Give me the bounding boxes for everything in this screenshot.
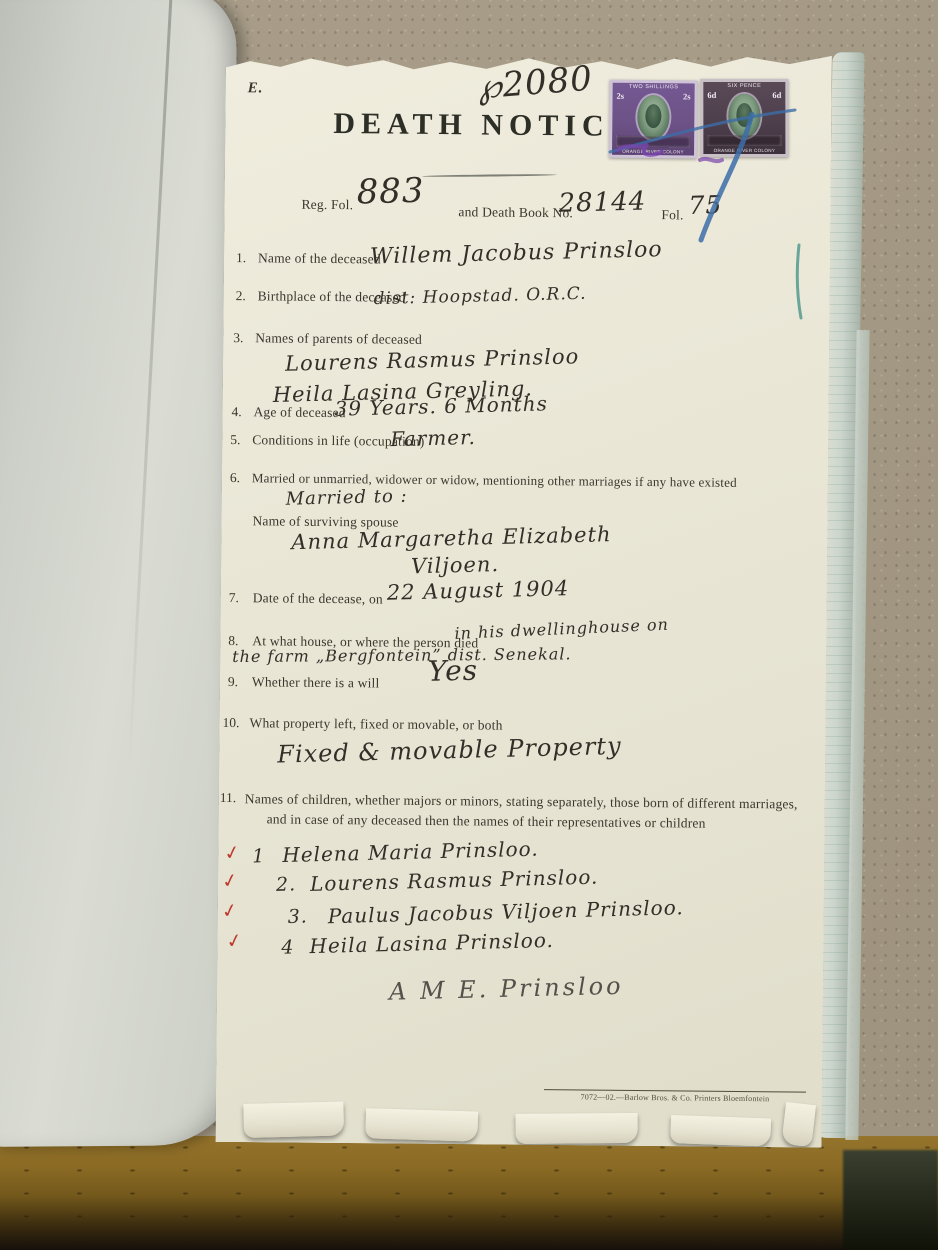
file-number-flourish: ℘ bbox=[476, 66, 504, 108]
fol-label: Fol. bbox=[661, 207, 683, 223]
margin-check-icon: ✓ bbox=[224, 929, 244, 954]
page-curl bbox=[365, 1108, 478, 1141]
informant-signature: A M E. Prinsloo bbox=[389, 972, 624, 1006]
item-7-label: Date of the decease, on bbox=[253, 590, 383, 607]
revenue-stamp-six-pence: SIX PENCE 6d 6d ORANGE RIVER COLONY bbox=[700, 79, 788, 157]
reg-fol-label: Reg. Fol. bbox=[301, 197, 353, 213]
stamp-frame: TWO SHILLINGS 2s 2s ORANGE RIVER COLONY bbox=[612, 83, 695, 156]
child-3-number: 3. bbox=[287, 905, 308, 928]
child-2-name: Lourens Rasmus Prinsloo. bbox=[310, 865, 599, 896]
stamp-animal-vignette bbox=[707, 135, 781, 146]
file-number-digits: 2080 bbox=[501, 59, 594, 106]
reg-fol-value: 883 bbox=[356, 171, 425, 213]
item-9-answer: Yes bbox=[428, 654, 479, 688]
item-3-label: Names of parents of deceased bbox=[255, 330, 422, 348]
item-2-answer: dist: Hoopstad. O.R.C. bbox=[373, 284, 586, 309]
item-2-number: 2. bbox=[236, 288, 246, 304]
spouse-name-line-2: Viljoen. bbox=[411, 552, 500, 578]
item-7-number: 7. bbox=[229, 590, 239, 606]
item-1-label: Name of the deceased bbox=[258, 250, 381, 267]
margin-check-icon: ✓ bbox=[222, 841, 242, 866]
page-curl bbox=[243, 1101, 344, 1138]
form-series-letter: E. bbox=[248, 80, 264, 97]
stamp-value: 2s bbox=[683, 91, 691, 101]
wooden-table bbox=[0, 1136, 938, 1250]
king-portrait-oval bbox=[728, 94, 760, 138]
page-curl bbox=[516, 1113, 638, 1144]
stamp-value: 6d bbox=[772, 90, 781, 100]
item-5-answer: Farmer. bbox=[390, 425, 476, 451]
item-3-answer-line-1: Lourens Rasmus Prinsloo bbox=[285, 344, 580, 375]
stamp-frame: SIX PENCE 6d 6d ORANGE RIVER COLONY bbox=[703, 82, 785, 154]
child-2-number: 2. bbox=[276, 873, 297, 896]
item-4-number: 4. bbox=[231, 404, 241, 420]
item-11-number: 11. bbox=[220, 790, 237, 806]
item-6-answer: Married to : bbox=[285, 486, 407, 510]
revenue-stamp-two-shillings: TWO SHILLINGS 2s 2s ORANGE RIVER COLONY bbox=[609, 80, 698, 159]
child-3-name: Paulus Jacobus Viljoen Prinsloo. bbox=[327, 895, 683, 928]
item-4-answer: 39 Years. 6 Months bbox=[334, 391, 548, 420]
death-book-value: 28144 bbox=[558, 187, 646, 219]
title-rule bbox=[422, 174, 557, 178]
stamp-denomination-text: TWO SHILLINGS bbox=[613, 84, 695, 91]
page-curl bbox=[781, 1102, 816, 1147]
item-9-label: Whether there is a will bbox=[252, 674, 380, 691]
item-3-number: 3. bbox=[233, 330, 243, 346]
item-10-label: What property left, fixed or movable, or… bbox=[249, 715, 502, 733]
death-book-label: and Death Book No. bbox=[458, 204, 573, 221]
child-1-name: Helena Maria Prinsloo. bbox=[282, 837, 539, 867]
item-8-answer-line-1: in his dwellinghouse on bbox=[454, 615, 669, 643]
death-notice-document: E. ℘2080 DEATH NOTICE. TWO SHILLINGS 2s … bbox=[216, 50, 832, 1148]
handwritten-file-number: ℘2080 bbox=[476, 59, 594, 108]
item-9-number: 9. bbox=[228, 674, 238, 690]
page-curl bbox=[670, 1115, 771, 1147]
child-4-name: Heila Lasina Prinsloo. bbox=[309, 928, 554, 958]
margin-check-icon: ✓ bbox=[220, 869, 240, 894]
stamp-denomination-text: SIX PENCE bbox=[703, 83, 785, 89]
stamp-colony-text: ORANGE RIVER COLONY bbox=[703, 148, 785, 153]
item-7-answer: 22 August 1904 bbox=[387, 576, 570, 605]
item-8-answer-line-2: the farm „Bergfontein” dist. Senekal. bbox=[232, 644, 571, 666]
page-crease bbox=[128, 0, 173, 766]
margin-check-icon: ✓ bbox=[220, 899, 240, 924]
item-4-label: Age of deceased bbox=[253, 404, 345, 421]
item-6-number: 6. bbox=[230, 470, 240, 486]
stamp-value: 6d bbox=[707, 90, 716, 100]
child-1-number: 1 bbox=[252, 845, 266, 867]
archive-photo: E. ℘2080 DEATH NOTICE. TWO SHILLINGS 2s … bbox=[0, 0, 938, 1250]
item-10-answer: Fixed & movable Property bbox=[277, 732, 622, 769]
table-shadow-corner bbox=[843, 1150, 938, 1250]
left-facing-page bbox=[0, 0, 244, 1147]
item-11-label: Names of children, whether majors or min… bbox=[245, 789, 819, 835]
item-1-number: 1. bbox=[236, 250, 246, 266]
fol-value: 75 bbox=[688, 190, 723, 220]
item-5-number: 5. bbox=[230, 432, 240, 448]
stamp-colony-text: ORANGE RIVER COLONY bbox=[612, 149, 694, 155]
printer-imprint: 7072—02.—Barlow Bros. & Co. Printers Blo… bbox=[544, 1089, 806, 1104]
item-1-answer: Willem Jacobus Prinsloo bbox=[370, 237, 663, 269]
item-10-number: 10. bbox=[222, 715, 239, 731]
stamp-animal-vignette bbox=[616, 136, 690, 148]
king-portrait-oval bbox=[637, 95, 669, 139]
stamp-value: 2s bbox=[617, 91, 625, 101]
child-4-number: 4 bbox=[281, 936, 295, 958]
